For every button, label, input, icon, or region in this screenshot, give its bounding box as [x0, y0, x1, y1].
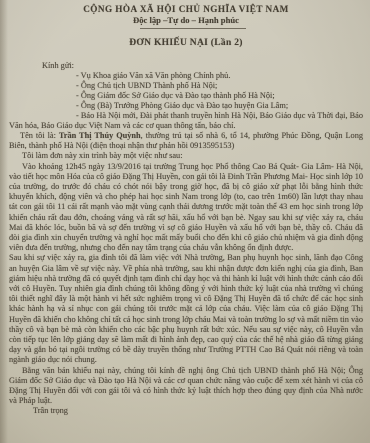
- recipient-item: - Ông (Bà) Trưởng Phòng Giáo dục và Đào …: [9, 101, 363, 111]
- paragraph-request: Bằng văn bản khiếu nại này, chúng tôi kí…: [9, 366, 363, 407]
- closing-salutation: Trân trọng: [9, 406, 363, 416]
- paragraph-incident: Vào khoảng 12h45 ngày 13/9/2016 tại trườ…: [9, 162, 363, 254]
- recipient-item: - Ông Chủ tịch UBND Thành phố Hà Nội;: [9, 81, 363, 91]
- country-name: CỘNG HÒA XÃ HỘI CHỦ NGHĨA VIỆT NAM: [9, 4, 363, 15]
- recipient-item: - Vụ Khoa giáo Văn xã Văn phòng Chính ph…: [9, 71, 363, 81]
- sender-name: Trần Thị Thúy Quỳnh: [59, 131, 141, 140]
- sender-info: Tên tôi là: Trần Thị Thúy Quỳnh, thường …: [9, 131, 363, 151]
- national-motto: Độc lập –Tự do – Hạnh phúc: [9, 16, 363, 26]
- sender-info-prefix: Tên tôi là:: [20, 131, 59, 140]
- recipient-list: - Vụ Khoa giáo Văn xã Văn phòng Chính ph…: [9, 71, 363, 131]
- salutation-label: Kính gửi:: [9, 61, 363, 71]
- scanned-complaint-letter: CỘNG HÒA XÃ HỘI CHỦ NGHĨA VIỆT NAM Độc l…: [0, 0, 370, 443]
- national-header: CỘNG HÒA XÃ HỘI CHỦ NGHĨA VIỆT NAM Độc l…: [9, 4, 363, 29]
- motto-underline: [140, 28, 246, 29]
- recipient-item: - Ông Giám đốc Sở Giáo dục và Đào tạo th…: [9, 91, 363, 101]
- recipient-item: - Báo Hà Nội mới, Đài phát thanh truyền …: [9, 111, 363, 131]
- document-title: ĐƠN KHIẾU NẠI (Lần 2): [9, 38, 363, 49]
- document-body: CỘNG HÒA XÃ HỘI CHỦ NGHĨA VIỆT NAM Độc l…: [9, 4, 363, 417]
- page-edge-shadow: [0, 0, 8, 443]
- opening-statement: Tôi làm đơn này xin trình bày một việc n…: [9, 151, 363, 161]
- paragraph-aftermath: Sau khi sự việc xảy ra, gia đình tôi đã …: [9, 253, 363, 365]
